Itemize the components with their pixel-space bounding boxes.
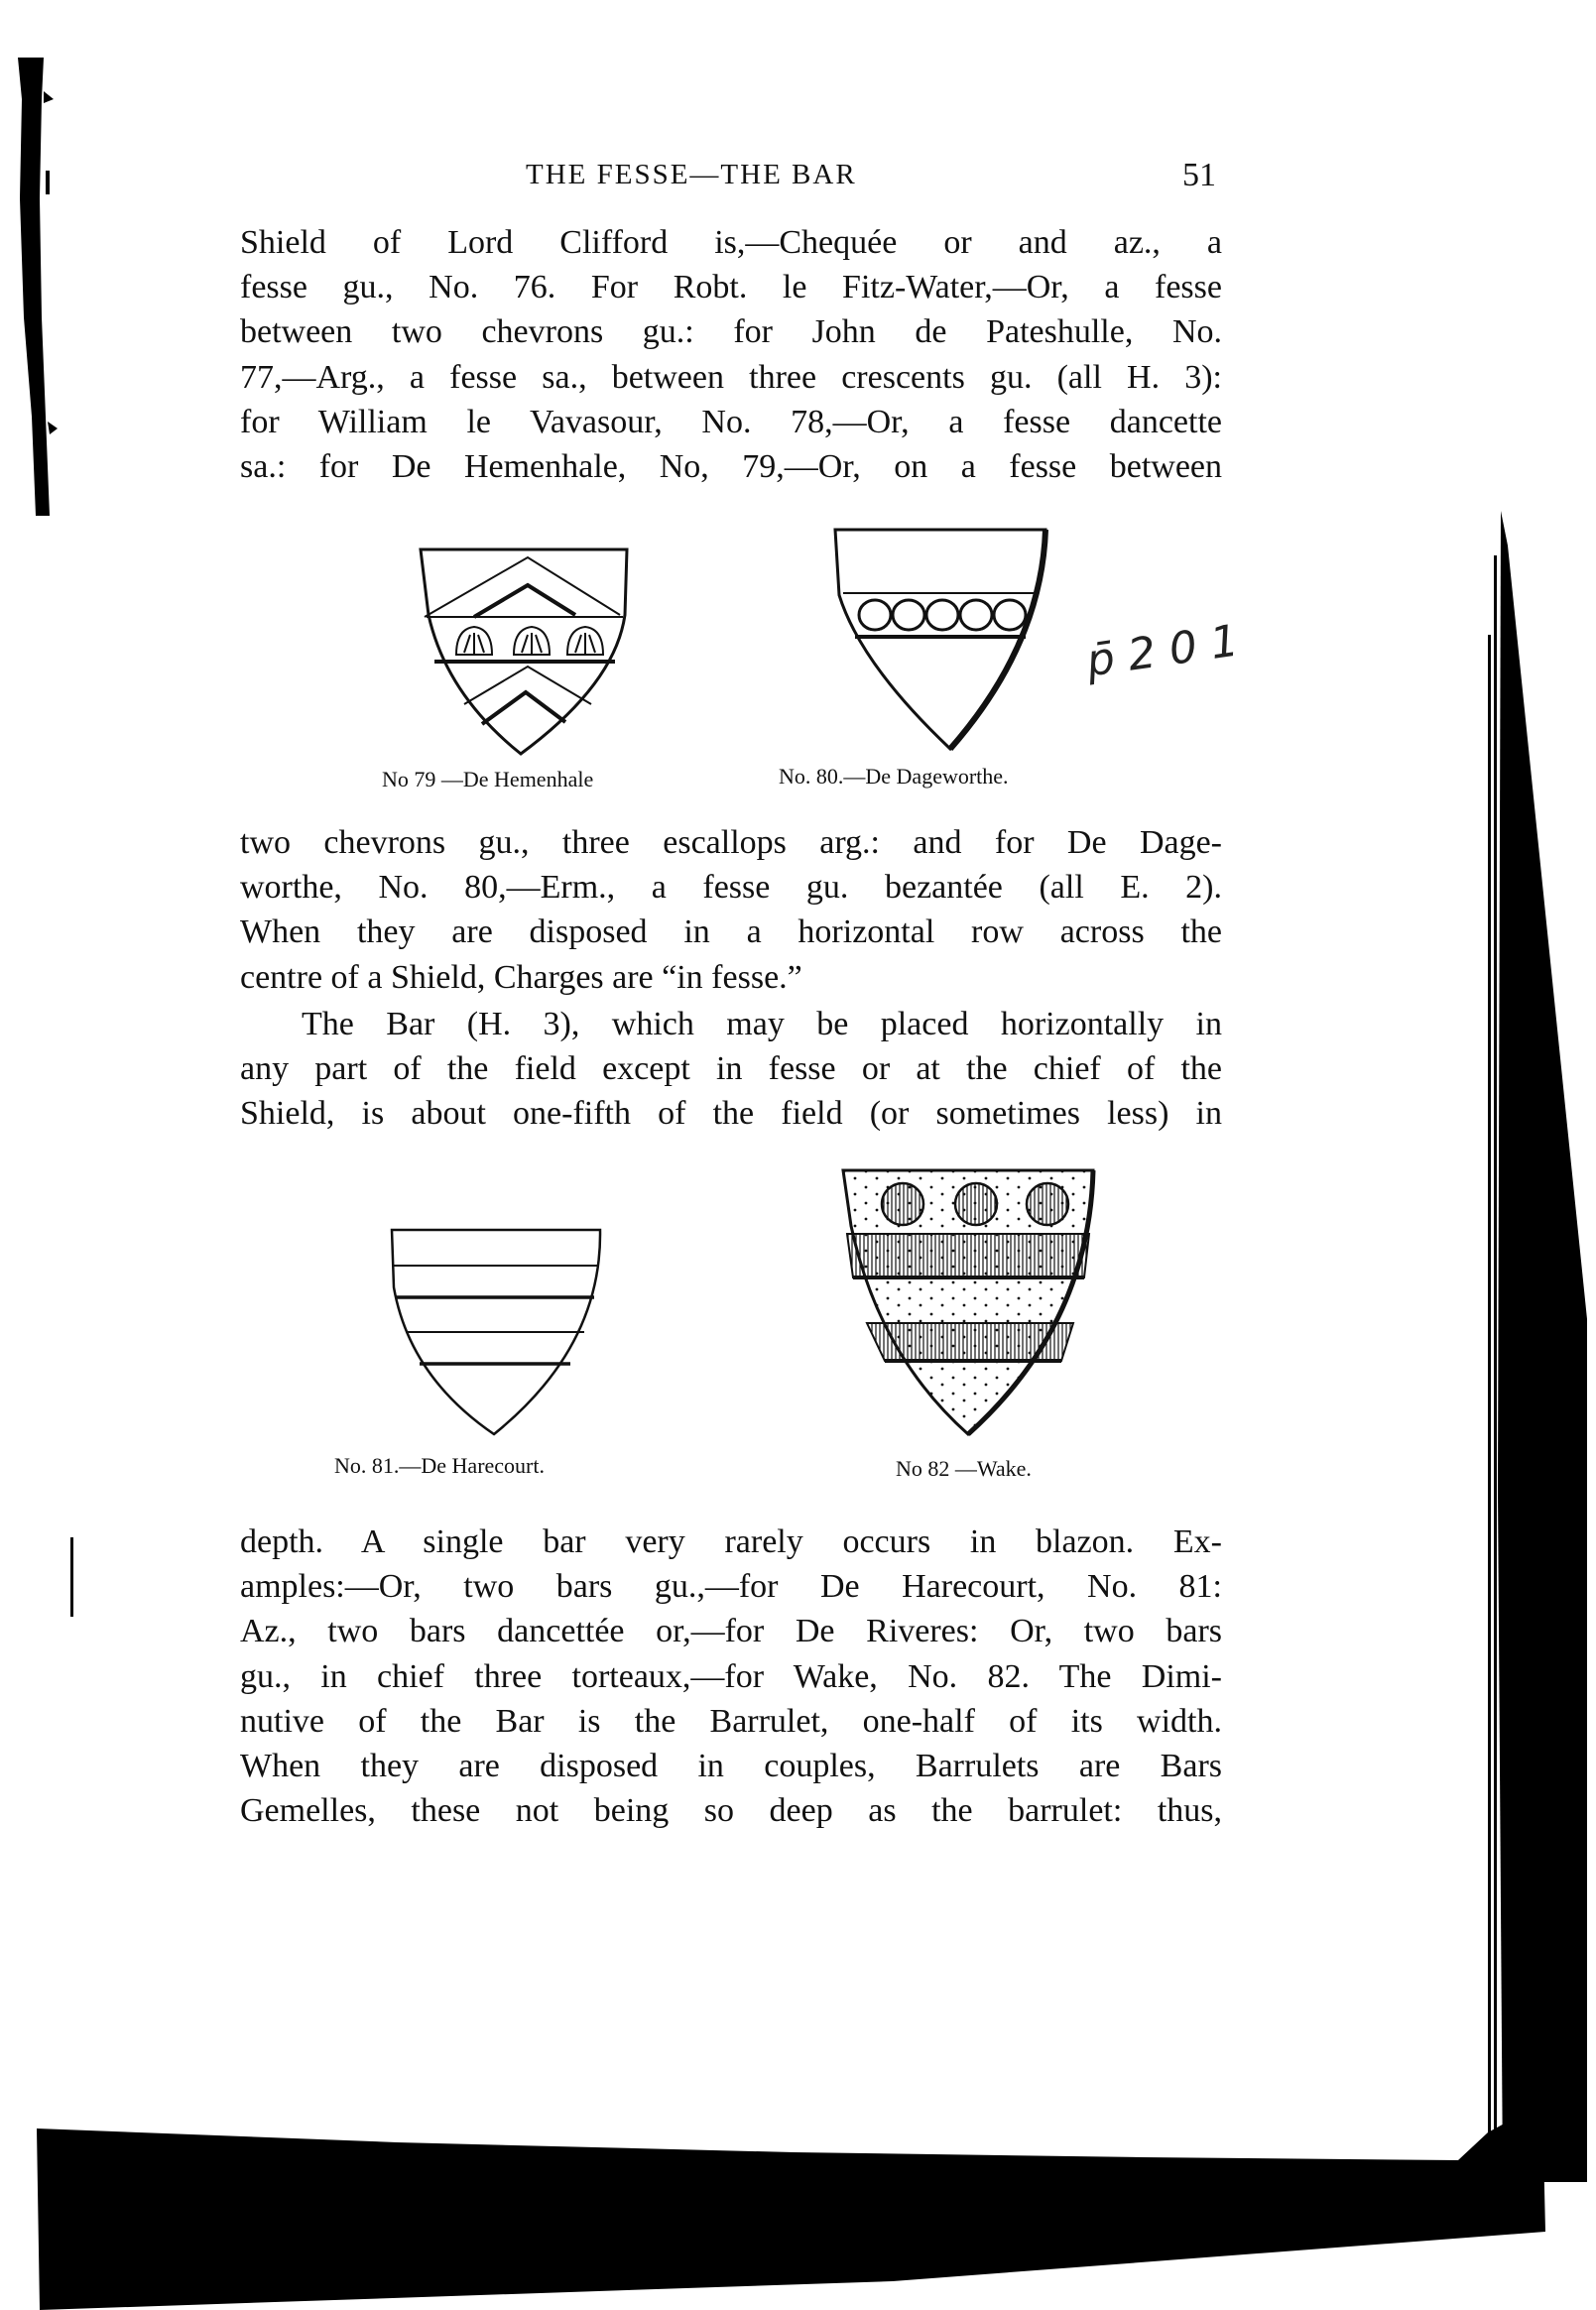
text-line: depth. A single bar very rarely occurs i… — [240, 1520, 1222, 1564]
paragraph-3: The Bar (H. 3), which may be placed hori… — [240, 1002, 1222, 1137]
text-line: 77,—Arg., a fesse sa., between three cre… — [240, 355, 1222, 400]
text-line: When they are disposed in a horizontal r… — [240, 910, 1222, 954]
text-line: When they are disposed in couples, Barru… — [240, 1744, 1222, 1788]
text-line: sa.: for De Hemenhale, No, 79,—Or, on a … — [240, 444, 1222, 489]
text-line: Shield, is about one-fifth of the field … — [240, 1091, 1222, 1136]
text-line: Shield of Lord Clifford is,—Chequée or a… — [240, 220, 1222, 265]
text-line: any part of the field except in fesse or… — [240, 1046, 1222, 1091]
text-line: The Bar (H. 3), which may be placed hori… — [240, 1002, 1222, 1046]
text-line: for William le Vavasour, No. 78,—Or, a f… — [240, 400, 1222, 444]
text-line: Gemelles, these not being so deep as the… — [240, 1788, 1222, 1833]
figure-caption: No 82 —Wake. — [896, 1456, 1032, 1482]
figure-caption: No. 80.—De Dageworthe. — [779, 764, 1009, 790]
shield-de-dageworthe-figure — [831, 526, 1054, 754]
shield-wake-figure — [839, 1166, 1097, 1439]
text-line: fesse gu., No. 76. For Robt. le Fitz-Wat… — [240, 265, 1222, 309]
torteau-icon — [882, 1183, 1068, 1225]
text-line: between two chevrons gu.: for John de Pa… — [240, 309, 1222, 354]
paragraph-1: Shield of Lord Clifford is,—Chequée or a… — [240, 220, 1222, 489]
page-number: 51 — [1182, 157, 1216, 194]
text-line: nutive of the Bar is the Barrulet, one-h… — [240, 1699, 1222, 1744]
text-line: worthe, No. 80,—Erm., a fesse gu. bezant… — [240, 865, 1222, 910]
paragraph-2: two chevrons gu., three escallops arg.: … — [240, 820, 1222, 1000]
text-line: two chevrons gu., three escallops arg.: … — [240, 820, 1222, 865]
shield-de-harecourt-figure — [390, 1228, 608, 1441]
paragraph-4: depth. A single bar very rarely occurs i… — [240, 1520, 1222, 1833]
running-head: THE FESSE—THE BAR — [526, 159, 857, 191]
text-line: amples:—Or, two bars gu.,—for De Harecou… — [240, 1564, 1222, 1609]
text-line: centre of a Shield, Charges are “in fess… — [240, 955, 1222, 1000]
text-line: gu., in chief three torteaux,—for Wake, … — [240, 1654, 1222, 1699]
shield-de-hemenhale-figure — [417, 546, 645, 759]
figure-caption: No. 81.—De Harecourt. — [334, 1453, 545, 1479]
text-line: Az., two bars dancettée or,—for De River… — [240, 1609, 1222, 1653]
figure-caption: No 79 —De Hemenhale — [382, 767, 593, 792]
